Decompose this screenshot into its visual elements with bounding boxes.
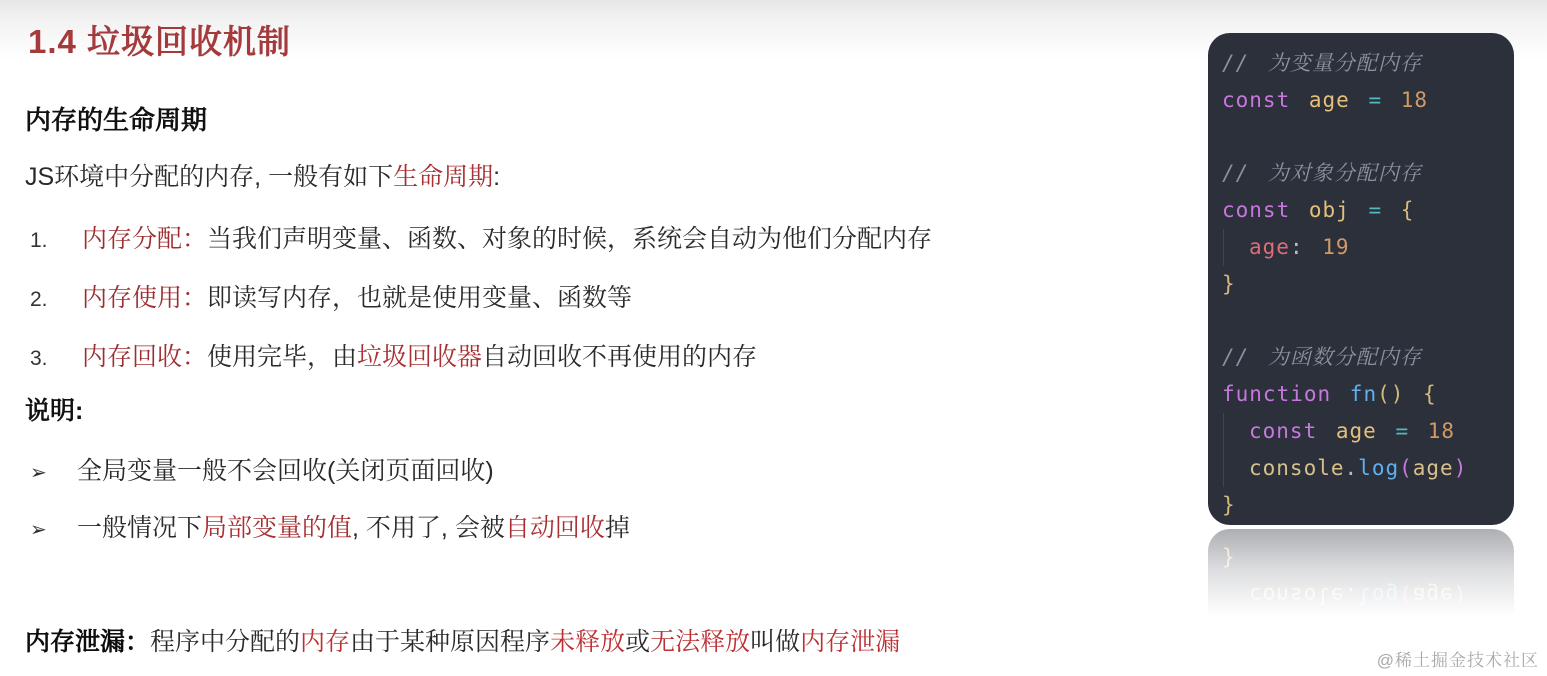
code-reflection-mirror: const age = 18 console.log(age) } [1208, 529, 1514, 623]
code-panel: // 为变量分配内存 const age = 18 // 为对象分配内存 con… [1208, 33, 1514, 525]
intro-highlight: 生命周期 [393, 163, 493, 191]
bullet-local-vars: ➢一般情况下局部变量的值, 不用了, 会被自动回收掉 [30, 508, 630, 544]
object-token: console [1249, 456, 1345, 480]
property-token: age [1249, 235, 1290, 259]
keyword-token: const [1222, 88, 1309, 112]
arrow-bullet-icon: ➢ [30, 517, 77, 542]
variable-token: age [1336, 419, 1396, 443]
code-line-fn-close: } [1222, 487, 1514, 524]
number-token: 18 [1401, 88, 1428, 112]
leak-text: 程序中分配的 [150, 628, 300, 656]
list-number: 1. [30, 229, 82, 253]
list-text: 自动回收不再使用的内存 [482, 343, 757, 371]
keyword-token: const [1222, 198, 1309, 222]
code-reflection: const age = 18 console.log(age) } [1208, 529, 1514, 623]
section-heading: 内存的生命周期 [25, 100, 207, 137]
bullet-text: , 不用了, 会被 [352, 514, 505, 542]
bullet-text: 一般情况下 [77, 514, 202, 542]
operator-token: = [1368, 88, 1400, 112]
reflection-line: } [1222, 539, 1514, 576]
code-line-const-age: const age = 18 [1222, 82, 1514, 119]
list-item-memory-use: 2.内存使用：即读写内存，也就是使用变量、函数等 [30, 278, 632, 314]
brace-token: } [1222, 272, 1236, 296]
argument-token: age [1413, 456, 1454, 480]
code-comment-function: // 为函数分配内存 [1222, 339, 1514, 376]
page: 1.4 垃圾回收机制 内存的生命周期 JS环境中分配的内存, 一般有如下生命周期… [0, 0, 1547, 676]
operator-token: = [1368, 198, 1400, 222]
code-comment-object: // 为对象分配内存 [1222, 155, 1514, 192]
list-text-highlight: 垃圾回收器 [357, 343, 482, 371]
reflection-line: console.log(age) [1222, 576, 1514, 613]
list-keyword: 内存回收： [82, 343, 207, 371]
leak-text: 或 [625, 628, 650, 656]
bullet-text: 全局变量一般不会回收(关闭页面回收) [77, 457, 494, 485]
number-token: 19 [1322, 235, 1349, 259]
list-text: 当我们声明变量、函数、对象的时候，系统会自动为他们分配内存 [207, 225, 932, 253]
keyword-token: const [1249, 419, 1336, 443]
operator-token: = [1395, 419, 1427, 443]
bullet-text-highlight: 局部变量的值 [202, 514, 352, 542]
list-keyword: 内存使用： [82, 284, 207, 312]
brace-token: { [1423, 382, 1437, 406]
intro-post: : [493, 163, 500, 191]
note-label: 说明: [25, 391, 83, 427]
leak-highlight: 未释放 [550, 628, 625, 656]
list-item-memory-allocation: 1.内存分配：当我们声明变量、函数、对象的时候，系统会自动为他们分配内存 [30, 219, 932, 255]
leak-definition: 内存泄漏：程序中分配的内存由于某种原因程序未释放或无法释放叫做内存泄漏 [25, 622, 900, 658]
page-title: 1.4 垃圾回收机制 [28, 16, 291, 63]
leak-text: 叫做 [750, 628, 800, 656]
intro-pre: JS环境中分配的内存, 一般有如下 [25, 163, 393, 191]
paren-token: ) [1454, 456, 1468, 480]
watermark: @稀土掘金技术社区 [1377, 646, 1539, 671]
list-keyword: 内存分配： [82, 225, 207, 253]
bullet-text: 掉 [605, 514, 630, 542]
colon-token: : [1290, 235, 1322, 259]
variable-token: obj [1309, 198, 1369, 222]
keyword-token: function [1222, 382, 1350, 406]
code-line-obj-property: age: 19 [1222, 229, 1514, 266]
reflection-line: const age = 18 [1222, 613, 1514, 623]
list-item-memory-recycle: 3.内存回收：使用完毕，由垃圾回收器自动回收不再使用的内存 [30, 337, 757, 373]
variable-token: age [1309, 88, 1369, 112]
code-line-obj-close: } [1222, 266, 1514, 303]
list-number: 3. [30, 347, 82, 371]
parens-token: () [1377, 382, 1423, 406]
list-text: 即读写内存，也就是使用变量、函数等 [207, 284, 632, 312]
bullet-text-highlight: 自动回收 [505, 514, 605, 542]
list-text: 使用完毕，由 [207, 343, 357, 371]
arrow-bullet-icon: ➢ [30, 460, 77, 485]
leak-label: 内存泄漏： [25, 628, 150, 656]
list-number: 2. [30, 288, 82, 312]
code-line-console-log: console.log(age) [1222, 450, 1514, 487]
leak-highlight: 内存 [300, 628, 350, 656]
intro-text: JS环境中分配的内存, 一般有如下生命周期: [25, 157, 500, 193]
leak-text: 由于某种原因程序 [350, 628, 550, 656]
function-name-token: fn [1350, 382, 1377, 406]
leak-highlight: 无法释放 [650, 628, 750, 656]
number-token: 18 [1428, 419, 1455, 443]
code-line-fn-const: const age = 18 [1222, 413, 1514, 450]
method-token: log [1358, 456, 1399, 480]
dot-token: . [1345, 456, 1359, 480]
paren-token: ( [1399, 456, 1413, 480]
code-line-const-obj: const obj = { [1222, 192, 1514, 229]
brace-token: { [1401, 198, 1415, 222]
brace-token: } [1222, 493, 1236, 517]
code-blank-line [1222, 119, 1514, 156]
bullet-global-vars: ➢全局变量一般不会回收(关闭页面回收) [30, 451, 494, 487]
code-reflection-panel: const age = 18 console.log(age) } [1208, 529, 1514, 623]
code-comment-variable: // 为变量分配内存 [1222, 45, 1514, 82]
code-line-function-decl: function fn() { [1222, 376, 1514, 413]
code-blank-line [1222, 303, 1514, 340]
leak-highlight: 内存泄漏 [800, 628, 900, 656]
